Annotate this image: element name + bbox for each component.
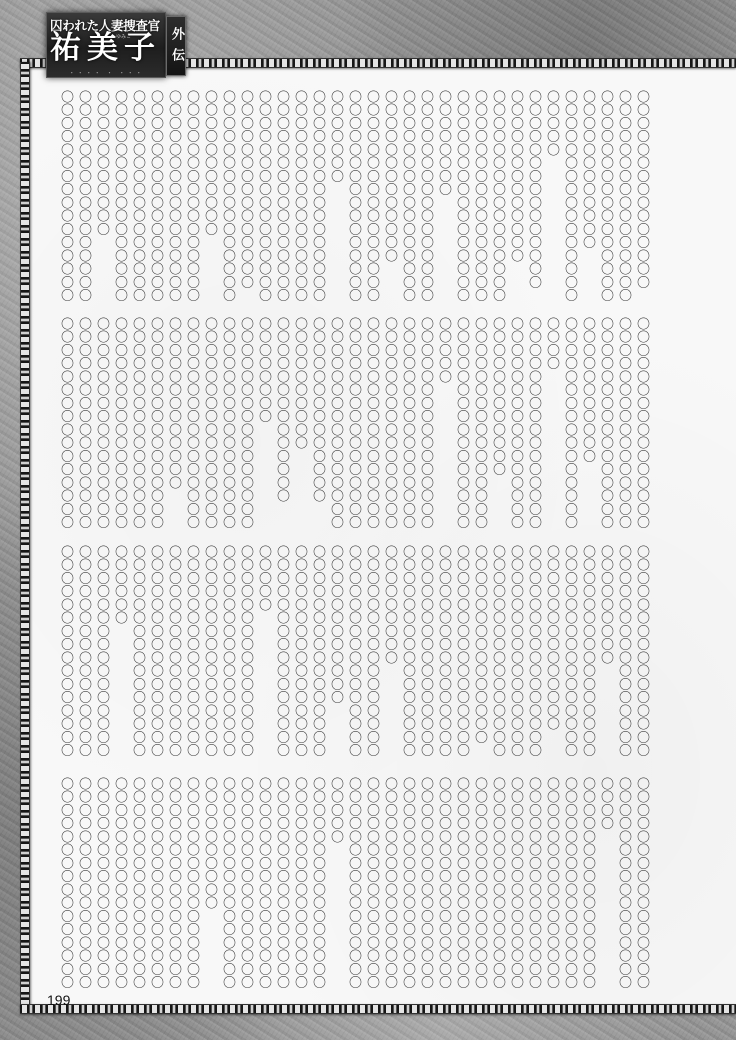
text-column: 〇〇〇〇〇〇〇〇〇〇〇〇〇〇〇〇 xyxy=(218,90,236,304)
title-ruby: ゆみこ xyxy=(116,33,131,40)
text-column: 〇〇〇〇〇〇〇〇〇〇〇〇〇〇〇〇 xyxy=(596,90,614,304)
text-column: 〇〇〇〇〇 xyxy=(326,777,344,991)
text-column: 〇〇〇〇〇〇〇〇〇〇〇〇〇〇〇〇 xyxy=(434,545,452,759)
text-column: 〇〇〇〇〇〇〇〇〇〇〇〇〇〇〇〇 xyxy=(74,545,92,759)
text-column: 〇〇〇〇〇〇〇〇〇〇〇〇〇〇〇〇 xyxy=(344,317,362,531)
text-column: 〇〇〇〇〇〇〇〇〇〇〇〇〇〇〇〇 xyxy=(560,90,578,304)
text-column: 〇〇〇〇〇〇〇〇〇〇〇〇〇〇〇〇 xyxy=(200,317,218,531)
text-column: 〇〇〇〇〇〇 xyxy=(110,545,128,759)
text-column: 〇〇〇〇〇〇〇〇〇〇〇〇〇〇〇〇 xyxy=(146,545,164,759)
text-column: 〇〇〇〇〇〇〇〇〇〇〇〇〇〇〇〇 xyxy=(344,90,362,304)
text-column: 〇〇〇〇〇〇〇 xyxy=(326,90,344,304)
text-column: 〇〇〇〇〇〇〇〇〇〇〇〇〇〇〇〇 xyxy=(164,545,182,759)
text-column: 〇〇〇〇〇〇〇〇〇〇〇〇〇〇〇〇 xyxy=(74,317,92,531)
text-column: 〇〇〇〇〇〇〇〇〇〇〇〇〇〇〇〇 xyxy=(524,317,542,531)
text-column: 〇〇〇〇〇〇〇〇〇〇〇〇〇〇〇〇 xyxy=(182,545,200,759)
text-tier-3: 〇〇〇〇〇〇〇〇〇〇〇〇〇〇〇〇〇〇〇〇〇〇〇〇〇〇〇〇〇〇〇〇〇〇〇〇〇〇〇〇… xyxy=(44,545,650,759)
text-column: 〇〇〇〇〇 xyxy=(254,545,272,759)
text-column: 〇〇〇〇〇〇〇〇〇〇〇〇〇〇〇〇 xyxy=(470,777,488,991)
text-column: 〇〇〇〇〇〇〇〇〇〇〇〇〇〇〇〇 xyxy=(614,90,632,304)
text-column: 〇〇〇〇〇〇〇〇〇〇〇〇〇〇〇〇 xyxy=(272,90,290,304)
text-column: 〇〇〇〇〇〇〇〇〇〇〇〇〇〇〇〇 xyxy=(218,317,236,531)
text-column: 〇〇〇〇〇〇〇〇〇〇〇〇〇〇〇〇 xyxy=(128,90,146,304)
text-column: 〇〇〇〇〇〇〇〇〇〇〇〇〇〇〇〇 xyxy=(488,777,506,991)
text-column: 〇〇〇〇〇〇〇〇〇〇〇〇〇〇〇〇 xyxy=(290,777,308,991)
text-column: 〇〇〇〇〇〇〇〇〇〇〇〇〇〇〇〇 xyxy=(380,777,398,991)
text-column: 〇〇〇〇〇〇〇〇〇〇〇〇〇〇〇〇 xyxy=(470,317,488,531)
text-column: 〇〇〇〇〇〇〇〇〇〇〇〇〇〇〇〇 xyxy=(236,545,254,759)
text-column: 〇〇〇〇〇〇〇〇〇〇〇〇〇〇〇〇 xyxy=(110,90,128,304)
text-tier-1: 〇〇〇〇〇〇〇〇〇〇〇〇〇〇〇〇〇〇〇〇〇〇〇〇〇〇〇〇〇〇〇〇〇〇〇〇〇〇〇〇… xyxy=(44,90,650,304)
text-column: 〇〇〇〇〇〇〇〇〇〇〇〇〇〇〇〇 xyxy=(308,90,326,304)
text-column: 〇〇〇〇〇〇〇〇〇〇〇〇〇〇〇〇 xyxy=(488,545,506,759)
text-column: 〇〇〇〇〇〇〇〇〇〇〇〇〇〇〇〇 xyxy=(452,777,470,991)
text-column: 〇〇〇〇〇〇〇〇〇〇〇〇〇〇〇〇 xyxy=(74,90,92,304)
text-column: 〇〇〇〇〇 xyxy=(542,90,560,304)
text-column: 〇〇〇〇〇〇〇〇〇 xyxy=(380,545,398,759)
text-column: 〇〇〇〇〇〇〇〇〇〇〇〇〇〇〇〇 xyxy=(506,545,524,759)
text-column: 〇〇〇〇〇〇〇〇〇〇〇〇〇〇〇〇 xyxy=(272,545,290,759)
text-column: 〇〇〇〇〇〇〇〇〇〇 xyxy=(200,777,218,991)
text-column: 〇〇〇〇〇〇〇〇〇〇〇〇〇〇〇〇 xyxy=(524,545,542,759)
text-column: 〇〇〇〇〇〇〇〇〇〇〇〇〇〇〇〇 xyxy=(290,545,308,759)
text-tier-4: 〇〇〇〇〇〇〇〇〇〇〇〇〇〇〇〇〇〇〇〇〇〇〇〇〇〇〇〇〇〇〇〇〇〇〇〇〇〇〇〇… xyxy=(44,777,650,991)
text-column: 〇〇〇〇〇〇〇〇〇〇〇〇〇〇〇〇 xyxy=(272,777,290,991)
text-column: 〇〇〇〇〇〇〇〇〇〇〇 xyxy=(200,90,218,304)
text-column: 〇〇〇〇〇〇〇〇〇〇〇〇〇〇〇〇 xyxy=(92,545,110,759)
title-plate: 囚われた人妻捜査官 祐美子 ゆみこ ・・・・ ・ ・・・ xyxy=(46,12,166,78)
text-column: 〇〇〇〇〇〇〇〇〇〇〇〇〇〇〇〇 xyxy=(560,777,578,991)
text-column: 〇〇〇〇〇〇〇〇〇〇〇〇〇〇〇〇 xyxy=(632,777,650,991)
chain-border-left xyxy=(20,62,30,1010)
text-column: 〇〇〇〇〇〇〇〇〇〇〇 xyxy=(578,317,596,531)
text-column: 〇〇〇〇〇〇〇〇〇〇〇〇〇〇〇〇 xyxy=(452,317,470,531)
text-column: 〇〇〇〇〇〇〇〇〇〇〇〇〇〇〇〇 xyxy=(470,90,488,304)
text-column: 〇〇〇〇〇〇〇〇〇〇〇〇 xyxy=(326,545,344,759)
chain-border-bottom xyxy=(20,1004,736,1014)
text-column: 〇〇〇〇〇〇〇〇 xyxy=(254,317,272,531)
text-column: 〇〇〇〇〇〇〇〇〇〇〇〇〇〇〇〇 xyxy=(308,777,326,991)
text-column: 〇〇〇〇〇〇〇〇〇〇〇〇〇〇〇〇 xyxy=(92,777,110,991)
text-column: 〇〇〇〇〇〇〇〇〇〇〇〇〇〇〇〇 xyxy=(524,777,542,991)
text-column: 〇〇〇〇〇〇〇〇〇〇〇〇〇〇〇〇 xyxy=(398,545,416,759)
text-column: 〇〇〇〇〇〇〇〇〇〇〇〇〇〇〇〇 xyxy=(362,90,380,304)
text-column: 〇〇〇〇〇〇〇〇〇〇〇〇〇〇〇〇 xyxy=(632,317,650,531)
text-column: 〇〇〇〇〇〇〇〇〇〇〇〇〇〇〇〇 xyxy=(218,777,236,991)
text-column: 〇〇〇〇〇〇〇〇〇〇〇〇〇〇〇〇 xyxy=(74,777,92,991)
text-column: 〇〇〇〇〇〇〇〇〇〇〇〇〇〇〇〇 xyxy=(614,317,632,531)
text-column: 〇〇〇〇〇〇〇〇〇〇〇〇〇〇〇〇 xyxy=(236,317,254,531)
text-column: 〇〇〇〇〇〇〇〇〇〇〇〇〇〇〇〇 xyxy=(182,777,200,991)
text-column: 〇〇〇〇〇〇〇〇〇〇〇〇〇〇〇〇 xyxy=(416,545,434,759)
text-column: 〇〇〇〇〇〇〇〇〇〇〇〇〇〇〇〇 xyxy=(542,777,560,991)
text-column: 〇〇〇〇〇〇〇〇〇〇〇〇〇〇 xyxy=(308,317,326,531)
text-column: 〇〇〇〇〇〇〇〇〇〇〇〇〇〇〇〇 xyxy=(506,777,524,991)
text-column: 〇〇〇〇〇〇〇〇〇〇〇〇〇〇〇〇 xyxy=(56,545,74,759)
text-column: 〇〇〇〇〇〇〇〇〇〇〇〇〇〇〇〇 xyxy=(110,777,128,991)
text-column: 〇〇〇〇〇〇〇〇〇〇〇〇〇〇〇〇 xyxy=(146,777,164,991)
text-column: 〇〇〇〇〇〇〇〇〇〇〇〇〇〇〇〇 xyxy=(506,317,524,531)
text-column: 〇〇〇〇〇〇〇〇〇〇〇〇〇〇〇〇 xyxy=(182,90,200,304)
text-tier-2: 〇〇〇〇〇〇〇〇〇〇〇〇〇〇〇〇〇〇〇〇〇〇〇〇〇〇〇〇〇〇〇〇〇〇〇〇〇〇〇〇… xyxy=(44,317,650,531)
text-column: 〇〇〇〇〇 xyxy=(434,317,452,531)
text-column: 〇〇〇〇〇〇〇〇〇〇〇〇〇〇〇 xyxy=(470,545,488,759)
text-column: 〇〇〇〇〇〇〇〇〇〇〇〇〇〇〇〇 xyxy=(452,545,470,759)
text-column: 〇〇〇〇〇〇〇〇〇〇〇〇〇〇 xyxy=(272,317,290,531)
text-column: 〇〇〇〇〇〇〇〇〇〇〇〇〇〇〇〇 xyxy=(326,317,344,531)
text-column: 〇〇〇〇〇〇〇〇〇〇〇〇〇〇〇〇 xyxy=(416,777,434,991)
text-column: 〇〇〇〇〇〇〇〇〇〇〇〇〇〇〇 xyxy=(632,90,650,304)
text-column: 〇〇〇〇〇〇〇〇〇〇〇〇〇〇〇〇 xyxy=(398,777,416,991)
text-column: 〇〇〇〇〇〇〇〇〇〇〇〇〇〇〇〇 xyxy=(110,317,128,531)
text-column: 〇〇〇〇〇〇〇〇〇〇〇〇〇〇〇〇 xyxy=(398,317,416,531)
text-column: 〇〇〇〇〇〇〇〇〇 xyxy=(596,545,614,759)
text-column: 〇〇〇〇〇〇〇〇〇〇〇〇〇 xyxy=(506,90,524,304)
text-column: 〇〇〇〇〇〇〇〇〇〇〇〇〇〇〇〇 xyxy=(308,545,326,759)
text-column: 〇〇〇〇〇〇〇〇〇〇〇〇〇〇〇〇 xyxy=(344,777,362,991)
text-column: 〇〇〇〇〇〇〇〇〇〇〇〇〇〇〇〇 xyxy=(254,90,272,304)
text-column: 〇〇〇〇〇〇〇〇〇〇〇〇〇〇〇〇 xyxy=(200,545,218,759)
text-column: 〇〇〇〇〇〇〇〇〇〇〇〇〇〇〇〇 xyxy=(362,317,380,531)
text-column: 〇〇〇〇〇〇〇〇〇〇〇〇〇〇〇 xyxy=(524,90,542,304)
text-column: 〇〇〇〇〇〇〇〇〇〇〇〇〇〇〇〇 xyxy=(290,90,308,304)
text-column: 〇〇〇〇〇〇〇〇〇〇〇〇〇〇〇 xyxy=(236,90,254,304)
text-column: 〇〇〇〇〇〇〇〇〇〇〇〇〇〇〇〇 xyxy=(362,545,380,759)
text-column: 〇〇〇〇〇〇〇〇〇〇〇 xyxy=(92,90,110,304)
text-column: 〇〇〇〇〇〇〇〇〇〇〇〇〇〇〇〇 xyxy=(164,777,182,991)
text-column: 〇〇〇〇〇〇〇〇〇〇〇〇〇〇〇〇 xyxy=(560,545,578,759)
text-column: 〇〇〇〇〇〇〇〇〇〇〇〇〇〇〇〇 xyxy=(434,777,452,991)
text-column: 〇〇〇〇〇〇〇〇〇〇〇〇〇〇 xyxy=(542,545,560,759)
text-column: 〇〇〇〇〇〇〇〇〇〇〇〇〇〇〇〇 xyxy=(398,90,416,304)
text-column: 〇〇〇〇〇〇〇〇〇〇〇〇〇〇〇〇 xyxy=(578,777,596,991)
text-column: 〇〇〇〇〇〇〇〇〇〇〇〇〇〇〇〇 xyxy=(614,777,632,991)
text-column: 〇〇〇〇〇〇〇〇〇〇〇〇〇〇〇〇 xyxy=(182,317,200,531)
text-column: 〇〇〇〇〇〇〇〇〇〇〇〇〇 xyxy=(380,90,398,304)
text-column: 〇〇〇〇〇〇〇〇〇〇〇〇〇〇〇〇 xyxy=(362,777,380,991)
text-column: 〇〇〇〇〇〇〇〇〇〇〇〇〇〇〇〇 xyxy=(380,317,398,531)
text-column: 〇〇〇〇〇〇〇〇〇〇〇〇 xyxy=(578,90,596,304)
text-column: 〇〇〇〇〇〇〇〇〇〇〇〇〇〇〇〇 xyxy=(254,777,272,991)
page-number: 199 xyxy=(47,992,70,1008)
text-column: 〇〇〇〇 xyxy=(596,777,614,991)
text-column: 〇〇〇〇〇〇〇〇〇〇〇〇〇〇〇〇 xyxy=(128,777,146,991)
text-column: 〇〇〇〇〇〇〇〇〇〇〇〇〇〇〇〇 xyxy=(128,317,146,531)
text-column: 〇〇〇〇〇〇〇〇〇〇〇〇〇〇〇〇 xyxy=(614,545,632,759)
text-column: 〇〇〇〇〇〇〇〇〇〇〇〇〇〇〇〇 xyxy=(344,545,362,759)
text-column: 〇〇〇〇〇〇〇〇 xyxy=(434,90,452,304)
text-column: 〇〇〇〇〇〇〇〇〇〇〇〇〇〇〇〇 xyxy=(218,545,236,759)
text-column: 〇〇〇〇〇〇〇〇〇〇〇〇〇〇〇〇 xyxy=(236,777,254,991)
text-column: 〇〇〇〇〇〇〇〇〇〇〇〇〇〇〇〇 xyxy=(56,317,74,531)
text-column: 〇〇〇〇〇〇〇〇〇〇〇〇〇〇〇〇 xyxy=(488,90,506,304)
text-column: 〇〇〇〇〇〇〇〇〇〇〇〇〇〇〇〇 xyxy=(92,317,110,531)
text-column: 〇〇〇〇〇〇〇〇〇〇〇〇〇〇〇〇 xyxy=(164,90,182,304)
main-title: 祐美子 xyxy=(50,31,161,65)
text-column: 〇〇〇〇〇〇〇〇〇〇〇〇〇〇〇〇 xyxy=(146,317,164,531)
text-column: 〇〇〇〇〇〇〇〇〇〇〇〇〇〇〇〇 xyxy=(632,545,650,759)
gaiden-badge: 外伝 xyxy=(166,16,186,76)
text-column: 〇〇〇〇〇〇〇〇〇〇〇〇 xyxy=(488,317,506,531)
text-column: 〇〇〇〇〇〇〇〇〇〇 xyxy=(290,317,308,531)
text-column: 〇〇〇〇〇〇〇〇〇〇〇〇〇 xyxy=(164,317,182,531)
text-column: 〇〇〇〇〇〇〇〇〇〇〇〇〇〇〇〇 xyxy=(452,90,470,304)
text-column: 〇〇〇〇〇〇〇〇〇〇〇〇〇〇〇〇 xyxy=(56,90,74,304)
text-column: 〇〇〇〇〇〇〇〇〇〇〇〇〇〇〇〇 xyxy=(578,545,596,759)
text-column: 〇〇〇〇〇〇〇〇〇〇〇〇〇〇〇〇 xyxy=(56,777,74,991)
text-column: 〇〇〇〇 xyxy=(542,317,560,531)
text-column: 〇〇〇〇〇〇〇〇〇〇〇〇〇〇〇〇 xyxy=(560,317,578,531)
text-column: 〇〇〇〇〇〇〇〇〇〇〇〇〇〇〇〇 xyxy=(128,545,146,759)
text-column: 〇〇〇〇〇〇〇〇〇〇〇〇〇〇〇〇 xyxy=(596,317,614,531)
title-subtitle: ・・・・ ・ ・・・ xyxy=(48,68,164,78)
text-column: 〇〇〇〇〇〇〇〇〇〇〇〇〇〇〇〇 xyxy=(146,90,164,304)
text-column: 〇〇〇〇〇〇〇〇〇〇〇〇〇〇〇〇 xyxy=(416,90,434,304)
text-column: 〇〇〇〇〇〇〇〇〇〇〇〇〇〇〇〇 xyxy=(416,317,434,531)
